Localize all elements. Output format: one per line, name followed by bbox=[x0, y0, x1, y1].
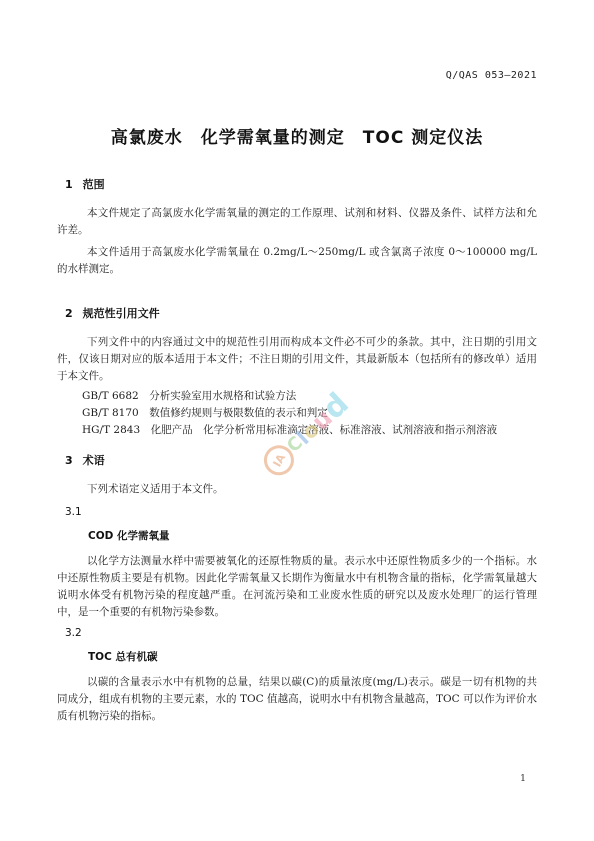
scope-paragraph: 本文件适用于高氯废水化学需氧量在 0.2mg/L～250mg/L 或含氯离子浓度… bbox=[57, 244, 537, 278]
clause-1-title: 范围 bbox=[83, 178, 105, 191]
term-3-1-definition: 以化学方法测量水样中需要被氧化的还原性物质的量。表示水中还原性物质多少的一个指标… bbox=[57, 553, 537, 621]
reference-item: HG/T 2843 化肥产品 化学分析常用标准滴定溶液、标准溶液、试剂溶液和指示… bbox=[82, 422, 537, 439]
standard-number: Q/QAS 053—2021 bbox=[57, 70, 537, 82]
clause-3-title: 术语 bbox=[83, 454, 105, 467]
document-page: IA C l o u d Q/QAS 053—2021 高氯废水 化学需氧量的测… bbox=[0, 0, 594, 841]
term-3-1-name: COD 化学需氧量 bbox=[88, 529, 537, 544]
clause-3-heading: 3术语 bbox=[65, 453, 537, 468]
term-3-2-number: 3.2 bbox=[65, 626, 537, 641]
term-3-2-name: TOC 总有机碳 bbox=[88, 650, 537, 665]
term-3-1-number: 3.1 bbox=[65, 505, 537, 520]
term-3-2-definition: 以碳的含量表示水中有机物的总量，结果以碳(C)的质量浓度(mg/L)表示。碳是一… bbox=[57, 674, 537, 725]
scope-paragraph: 本文件规定了高氯废水化学需氧量的测定的工作原理、试剂和材料、仪器及条件、试样方法… bbox=[57, 205, 537, 239]
reference-item: GB/T 6682 分析实验室用水规格和试验方法 bbox=[82, 388, 537, 405]
clause-1-number: 1 bbox=[65, 178, 73, 191]
terms-intro: 下列术语定义适用于本文件。 bbox=[57, 481, 537, 498]
clause-3-number: 3 bbox=[65, 454, 73, 467]
clause-2-heading: 2规范性引用文件 bbox=[65, 306, 537, 321]
clause-2-number: 2 bbox=[65, 307, 73, 320]
document-title: 高氯废水 化学需氧量的测定 TOC 测定仪法 bbox=[57, 127, 537, 149]
clause-2-title: 规范性引用文件 bbox=[83, 307, 160, 320]
reference-item: GB/T 8170 数值修约规则与极限数值的表示和判定 bbox=[82, 405, 537, 422]
reference-list: GB/T 6682 分析实验室用水规格和试验方法 GB/T 8170 数值修约规… bbox=[57, 388, 537, 439]
clause-1-heading: 1范围 bbox=[65, 177, 537, 192]
page-number: 1 bbox=[520, 773, 526, 784]
references-intro: 下列文件中的内容通过文中的规范性引用而构成本文件必不可少的条款。其中，注日期的引… bbox=[57, 334, 537, 385]
document-content: Q/QAS 053—2021 高氯废水 化学需氧量的测定 TOC 测定仪法 1范… bbox=[0, 70, 594, 725]
